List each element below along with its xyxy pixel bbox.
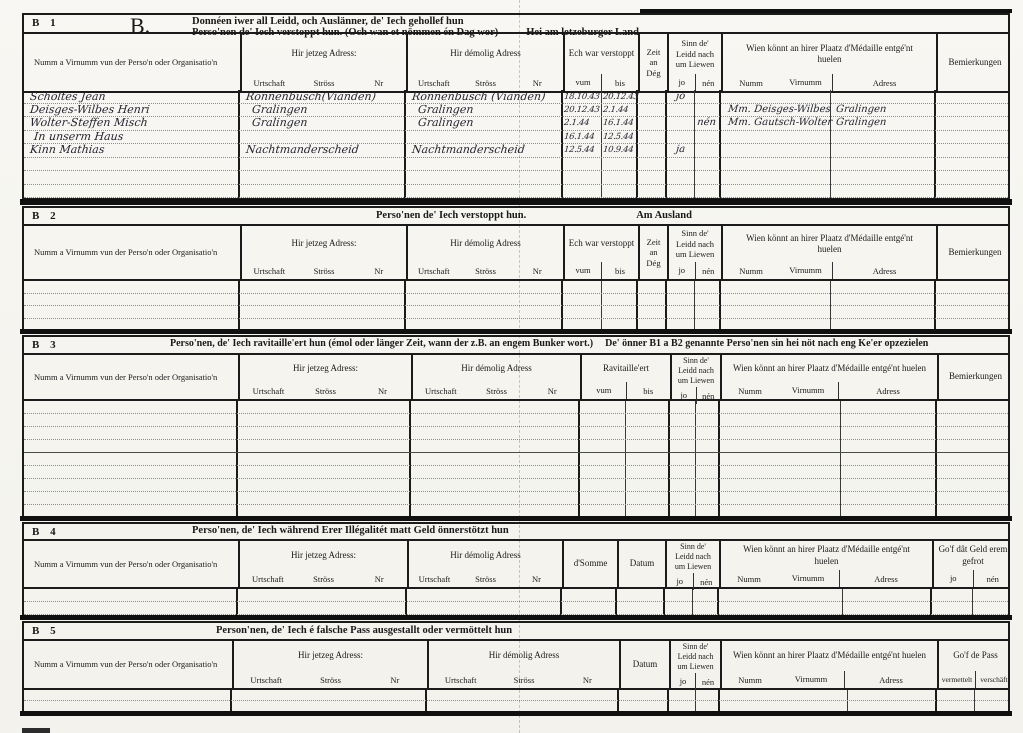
b5-col-jetzeg: Hir jetzeg Adress: UrtschaftStrössNr	[232, 641, 427, 688]
section-b4-title: Perso'nen, de' Iech während Erer Illégal…	[192, 525, 509, 536]
b3-med-adress: Adress	[839, 386, 937, 396]
b3-jetzeg-subs: UrtschaftStrössNr	[240, 382, 411, 399]
b5-alive-subs: jonén	[671, 673, 720, 690]
section-b2: B 2 Perso'nen de' Iech verstoppt hun.Am …	[22, 206, 1010, 331]
section-b3-header: Numm a Virnumm vun der Perso'n oder Orga…	[24, 355, 1008, 401]
fold-line	[519, 0, 520, 733]
b4-col-gof: Go'f dât Geld erem gefrot jonén	[932, 541, 1012, 587]
b5-col-demolig-label: Hir démolig Adress	[429, 641, 619, 671]
separator-bar-5	[20, 711, 1012, 716]
section-b5-body	[24, 690, 1008, 711]
ruled-line	[24, 601, 1008, 602]
entry-med-name: Mm. Gautsch-Wolter	[727, 116, 833, 130]
b3-med-numm: Numm	[722, 386, 778, 396]
b3-demolig-nr: Nr	[524, 386, 580, 396]
b1-entry-row: Wolter-Steffen Misch Gralingen Gralingen…	[24, 116, 1008, 130]
b5-demolig-nr: Nr	[556, 675, 619, 685]
b1-jetzeg-stross: Ströss	[297, 78, 352, 88]
b4-jetzeg-subs: UrtschaftStrössNr	[240, 570, 407, 587]
b4-med-adress: Adress	[840, 574, 932, 584]
b4-col-gof-label: Go'f dât Geld erem gefrot	[935, 541, 1011, 570]
b3-col-alive: Sinn de' Leidd nach um Liewen jonén	[670, 355, 720, 399]
separator-bar-4	[20, 615, 1012, 620]
b4-med-numm: Numm	[721, 574, 777, 584]
b3-demolig-stross: Ströss	[469, 386, 525, 396]
separator-bar-1	[20, 199, 1012, 205]
b1-alive-jo: jo	[669, 74, 696, 91]
b4-col-name: Numm a Virnumm vun der Perso'n oder Orga…	[24, 541, 238, 587]
b4-demolig-stross: Ströss	[460, 574, 511, 584]
b1-col-medaille-label: Wien könnt an hirer Plaatz d'Médaille en…	[732, 34, 928, 74]
entry-jetzeg: Nachtmanderscheid	[245, 143, 359, 157]
section-b5-header: Numm a Virnumm vun der Perso'n oder Orga…	[24, 641, 1008, 690]
ruled-line	[24, 130, 1008, 131]
ruled-line	[24, 293, 1008, 294]
scanned-form-page: B 1 B. Donnéen iwer all Leidd, och Auslä…	[0, 0, 1023, 733]
b5-demolig-subs: UrtschaftStrössNr	[429, 671, 619, 688]
ruled-line	[24, 184, 1008, 185]
b4-col-medaille-label: Wien könnt an hirer Plaatz d'Médaille en…	[728, 541, 926, 570]
b5-col-datum-label: Datum	[621, 641, 669, 688]
b4-alive-nen: nén	[694, 577, 720, 587]
b1-col-jetzeg: Hir jetzeg Adress: UrtschaftStrössNr	[240, 34, 406, 91]
entry-nen: nén	[693, 116, 719, 130]
ruled-line	[24, 426, 1008, 427]
b4-col-demolig: Hir démolig Adress UrtschaftStrössNr	[407, 541, 562, 587]
section-b2-label: B 2	[32, 210, 60, 222]
section-b4: B 4 Perso'nen, de' Iech während Erer Ill…	[22, 522, 1010, 617]
section-b1-header: Numm a Virnumm vun der Perso'n oder Orga…	[24, 34, 1008, 93]
entry-demolig: Nachtmanderscheid	[411, 143, 525, 157]
b2-col-remarks: Bemierkungen	[936, 226, 1012, 279]
b1-col-demolig-label: Hir démolig Adress	[408, 34, 563, 74]
b4-jetzeg-urtschaft: Urtschaft	[240, 574, 296, 584]
b1-entry-row: Kinn Mathias Nachtmanderscheid Nachtmand…	[24, 143, 1008, 157]
b2-col-name-label: Numm a Virnumm vun der Perso'n oder Orga…	[24, 226, 240, 279]
b1-col-jetzeg-label: Hir jetzeg Adress:	[242, 34, 406, 74]
entry-name: Wolter-Steffen Misch	[29, 116, 148, 130]
section-b4-title-row: B 4 Perso'nen, de' Iech während Erer Ill…	[24, 524, 1008, 541]
b4-demolig-urtschaft: Urtschaft	[409, 574, 460, 584]
b2-period-bis: bis	[602, 266, 638, 276]
ruled-line	[24, 413, 1008, 414]
b5-jetzeg-subs: UrtschaftStrössNr	[234, 671, 427, 688]
section-b4-underline	[24, 539, 124, 540]
b2-jetzeg-urtschaft: Urtschaft	[242, 266, 297, 276]
b2-demolig-urtschaft: Urtschaft	[408, 266, 460, 276]
section-b3-underline	[24, 353, 124, 354]
b4-jetzeg-nr: Nr	[351, 574, 407, 584]
entry-bis: 10.9.44	[602, 143, 636, 157]
b3-period-bis: bis	[627, 386, 671, 396]
top-edge-bar	[640, 9, 1012, 13]
b5-demolig-urtschaft: Urtschaft	[429, 675, 492, 685]
b1-alive-subs: jonén	[669, 74, 721, 91]
b1-col-alive-label: Sinn de' Leidd nach um Liewen	[669, 34, 721, 74]
b1-alive-nen: nén	[696, 78, 722, 88]
b3-jetzeg-urtschaft: Urtschaft	[240, 386, 297, 396]
b1-col-name-label: Numm a Virnumm vun der Perso'n oder Orga…	[24, 34, 240, 91]
ruled-line	[24, 452, 1008, 453]
b3-col-demolig: Hir démolig Adress UrtschaftStrössNr	[411, 355, 580, 399]
b1-col-name: Numm a Virnumm vun der Perso'n oder Orga…	[24, 34, 240, 91]
b3-col-medaille: Wien könnt an hirer Plaatz d'Médaille en…	[720, 355, 937, 399]
b3-medaille-subs: NummVirnummAdress	[722, 382, 937, 399]
entry-demolig: Gralingen	[417, 103, 474, 117]
ruled-line	[24, 197, 1008, 198]
b5-col-demolig: Hir démolig Adress UrtschaftStrössNr	[427, 641, 619, 688]
section-b5-label: B 5	[32, 625, 60, 637]
b5-jetzeg-stross: Ströss	[298, 675, 362, 685]
ruled-line	[24, 465, 1008, 466]
b3-alive-nen: nén	[697, 391, 721, 401]
entry-jetzeg: Gralingen	[251, 103, 308, 117]
entry-med-adress: Gralingen	[835, 116, 887, 130]
b2-col-demolig-label: Hir démolig Adress	[408, 226, 563, 262]
b4-col-datum-label: Datum	[619, 541, 665, 587]
b1-demolig-urtschaft: Urtschaft	[408, 78, 460, 88]
section-b1-title-row: B 1 B. Donnéen iwer all Leidd, och Auslä…	[24, 15, 1008, 34]
b3-demolig-subs: UrtschaftStrössNr	[413, 382, 580, 399]
b5-col-medaille: Wien könnt an hirer Plaatz d'Médaille en…	[720, 641, 937, 688]
b3-col-period: Ravitaille'ert vumbis	[580, 355, 670, 399]
b5-col-medaille-label: Wien könnt an hirer Plaatz d'Médaille en…	[730, 641, 929, 671]
section-b3-body	[24, 401, 1008, 516]
b5-jetzeg-urtschaft: Urtschaft	[234, 675, 298, 685]
entry-bis: 2.1.44	[602, 103, 636, 117]
b3-title-line1: Perso'nen, de' Iech ravitaille'ert hun (…	[170, 338, 593, 349]
b4-jetzeg-stross: Ströss	[296, 574, 352, 584]
section-b4-header: Numm a Virnumm vun der Perso'n oder Orga…	[24, 541, 1008, 589]
ruled-line	[24, 143, 1008, 144]
section-b2-body	[24, 281, 1008, 329]
b2-medaille-subs: NummVirnummAdress	[723, 262, 936, 279]
b4-col-somme: d'Somme	[562, 541, 617, 587]
entry-bis: 12.5.44	[602, 130, 636, 144]
b5-medaille-subs: NummVirnummAdress	[722, 671, 937, 688]
b2-col-name: Numm a Virnumm vun der Perso'n oder Orga…	[24, 226, 240, 279]
entry-name: Kinn Mathias	[29, 143, 105, 157]
b2-col-period: Ech war verstoppt vumbis	[563, 226, 638, 279]
entry-jo: ja	[666, 143, 694, 157]
b4-demolig-subs: UrtschaftStrössNr	[409, 570, 562, 587]
b5-col-alive-label: Sinn de' Leidd nach um Liewen	[671, 641, 720, 673]
b2-jetzeg-subs: UrtschaftStrössNr	[242, 262, 406, 279]
b1-med-virnumm: Virnumm	[779, 74, 833, 91]
section-b4-label: B 4	[32, 526, 60, 538]
section-b3-label: B 3	[32, 339, 60, 351]
b2-title-line1: Perso'nen de' Iech verstoppt hun.	[376, 210, 526, 221]
separator-bar-2	[20, 329, 1012, 334]
b1-demolig-subs: UrtschaftStrössNr	[408, 74, 563, 91]
b4-title-line1: Perso'nen, de' Iech während Erer Illégal…	[192, 525, 509, 536]
b2-col-jetzeg: Hir jetzeg Adress: UrtschaftStrössNr	[240, 226, 406, 279]
b2-jetzeg-stross: Ströss	[297, 266, 352, 276]
b2-period-vum: vum	[565, 262, 602, 279]
b2-title-suffix: Am Ausland	[636, 210, 692, 221]
b2-col-alive: Sinn de' Leidd nach um Liewen jonén	[667, 226, 721, 279]
b1-jetzeg-urtschaft: Urtschaft	[242, 78, 297, 88]
b3-period-vum: vum	[582, 382, 627, 399]
b2-demolig-stross: Ströss	[460, 266, 512, 276]
b5-col-datum: Datum	[619, 641, 669, 688]
b1-title-line1: Donnéen iwer all Leidd, och Auslänner, d…	[192, 16, 639, 27]
b5-alive-nen: nén	[696, 677, 720, 687]
entry-vum: 16.1.44	[563, 130, 601, 144]
ruled-line	[24, 318, 1008, 319]
b5-gof-subs: vermetteltverschäft	[939, 671, 1012, 688]
b3-jetzeg-stross: Ströss	[297, 386, 354, 396]
section-b3-title-row: B 3 Perso'nen, de' Iech ravitaille'ert h…	[24, 337, 1008, 355]
b3-col-period-label: Ravitaille'ert	[582, 355, 670, 382]
section-b5-title-row: B 5 Person'nen, de' Iech é falsche Pass …	[24, 623, 1008, 641]
b3-col-medaille-label: Wien könnt an hirer Plaatz d'Médaille en…	[730, 355, 929, 382]
b1-medaille-subs: NummVirnummAdress	[723, 74, 936, 91]
entry-demolig: Gralingen	[417, 116, 474, 130]
b4-col-datum: Datum	[617, 541, 665, 587]
b1-med-numm: Numm	[723, 78, 779, 88]
b2-alive-subs: jonén	[669, 262, 721, 279]
b2-jetzeg-nr: Nr	[351, 266, 406, 276]
entry-vum: 20.12.43	[563, 103, 601, 117]
b4-col-alive-label: Sinn de' Leidd nach um Liewen	[667, 541, 719, 573]
section-b4-body	[24, 589, 1008, 615]
entry-bis: 16.1.44	[602, 116, 636, 130]
b2-demolig-subs: UrtschaftStrössNr	[408, 262, 563, 279]
b5-jetzeg-nr: Nr	[363, 675, 427, 685]
b3-period-subs: vumbis	[582, 382, 670, 399]
separator-bar-3	[20, 516, 1012, 521]
b1-col-remarks: Bemierkungen	[936, 34, 1012, 91]
b3-col-name: Numm a Virnumm vun der Perso'n oder Orga…	[24, 355, 238, 399]
b3-col-jetzeg: Hir jetzeg Adress: UrtschaftStrössNr	[238, 355, 411, 399]
b4-alive-subs: jonén	[667, 573, 719, 590]
b4-alive-jo: jo	[667, 573, 694, 590]
b2-col-remarks-label: Bemierkungen	[938, 226, 1012, 279]
b5-alive-jo: jo	[671, 673, 696, 690]
b4-gof-jo: jo	[934, 570, 974, 587]
b3-col-demolig-label: Hir démolig Adress	[413, 355, 580, 382]
b3-col-remarks-label: Bemierkungen	[939, 355, 1012, 399]
b2-col-jetzeg-label: Hir jetzeg Adress:	[242, 226, 406, 262]
b4-col-somme-label: d'Somme	[564, 541, 617, 587]
b1-col-zeit-label: Zeit an Dég	[640, 34, 667, 91]
ruled-line	[24, 103, 1008, 104]
b2-med-virnumm: Virnumm	[779, 262, 833, 279]
section-b1: B 1 B. Donnéen iwer all Leidd, och Auslä…	[22, 13, 1010, 200]
b2-col-medaille-label: Wien könnt an hirer Plaatz d'Médaille en…	[732, 226, 928, 262]
section-b1-body: Scholtes Jean Ronnenbusch(Vianden) Ronne…	[24, 90, 1008, 198]
b2-med-numm: Numm	[723, 266, 779, 276]
b1-jetzeg-nr: Nr	[351, 78, 406, 88]
section-b3-title: Perso'nen, de' Iech ravitaille'ert hun (…	[170, 339, 928, 350]
b3-med-virnumm: Virnumm	[778, 382, 839, 399]
b4-gof-subs: jonén	[934, 570, 1012, 587]
b1-period-bis: bis	[602, 78, 638, 88]
b2-alive-nen: nén	[696, 266, 722, 276]
ruled-line	[24, 439, 1008, 440]
ruled-line	[24, 478, 1008, 479]
entry-vum: 2.1.44	[563, 116, 601, 130]
b3-demolig-urtschaft: Urtschaft	[413, 386, 469, 396]
b2-col-zeit-label: Zeit an Dég	[640, 226, 667, 279]
ruled-line	[24, 305, 1008, 306]
b2-med-adress: Adress	[833, 266, 936, 276]
section-b3: B 3 Perso'nen, de' Iech ravitaille'ert h…	[22, 335, 1010, 518]
b1-col-alive: Sinn de' Leidd nach um Liewen jonén	[667, 34, 721, 91]
b1-col-period: Ech war verstoppt vumbis	[563, 34, 638, 91]
b2-period-subs: vumbis	[565, 262, 638, 279]
ruled-line	[24, 116, 1008, 117]
b3-title-suffix: De' önner B1 a B2 genannte Perso'nen sin…	[605, 338, 928, 349]
b2-alive-jo: jo	[669, 262, 696, 279]
ruled-line	[24, 504, 1008, 505]
section-b1-underline	[24, 32, 176, 33]
section-b5-underline	[24, 639, 124, 640]
b5-title-line1: Person'nen, de' Iech é falsche Pass ausg…	[216, 625, 512, 636]
entry-med-adress: Gralingen	[835, 103, 887, 117]
b1-jetzeg-subs: UrtschaftStrössNr	[242, 74, 406, 91]
entry-med-name: Mm. Deisges-Wilbes	[727, 103, 831, 117]
entry-name: Deisges-Wilbes Henri	[29, 103, 150, 117]
b4-gof-nen: nén	[974, 574, 1013, 584]
b5-gof-vermettelt: vermettelt	[939, 671, 976, 688]
b2-col-period-label: Ech war verstoppt	[565, 226, 638, 262]
ruled-line	[24, 700, 1008, 701]
section-b5-title: Person'nen, de' Iech é falsche Pass ausg…	[216, 625, 512, 636]
b4-med-virnumm: Virnumm	[777, 570, 840, 587]
b1-col-demolig: Hir démolig Adress UrtschaftStrössNr	[406, 34, 563, 91]
entry-name: In unserm Haus	[33, 130, 124, 144]
b5-col-name-label: Numm a Virnumm vun der Perso'n oder Orga…	[24, 641, 232, 688]
b5-col-gof: Go'f de Pass vermetteltverschäft	[937, 641, 1012, 688]
b5-med-numm: Numm	[722, 675, 778, 685]
section-b2-underline	[24, 224, 124, 225]
b3-col-name-label: Numm a Virnumm vun der Perso'n oder Orga…	[24, 355, 238, 399]
b4-col-demolig-label: Hir démolig Adress	[409, 541, 562, 570]
b1-entry-row: In unserm Haus 16.1.44 12.5.44	[24, 130, 1008, 144]
section-b1-label: B 1	[32, 17, 60, 29]
b4-col-jetzeg: Hir jetzeg Adress: UrtschaftStrössNr	[238, 541, 407, 587]
b4-col-medaille: Wien könnt an hirer Plaatz d'Médaille en…	[719, 541, 932, 587]
b1-med-adress: Adress	[833, 78, 936, 88]
b4-medaille-subs: NummVirnummAdress	[721, 570, 932, 587]
section-b2-title: Perso'nen de' Iech verstoppt hun.Am Ausl…	[376, 210, 692, 221]
b3-col-jetzeg-label: Hir jetzeg Adress:	[240, 355, 411, 382]
b5-gof-verschaft: verschäft	[976, 675, 1012, 684]
b3-col-remarks: Bemierkungen	[937, 355, 1012, 399]
b5-demolig-stross: Ströss	[492, 675, 555, 685]
b1-col-zeit: Zeit an Dég	[638, 34, 667, 91]
ruled-line	[24, 491, 1008, 492]
b5-col-name: Numm a Virnumm vun der Perso'n oder Orga…	[24, 641, 232, 688]
b4-col-alive: Sinn de' Leidd nach um Liewen jonén	[665, 541, 719, 587]
b2-col-medaille: Wien könnt an hirer Plaatz d'Médaille en…	[721, 226, 936, 279]
b2-col-demolig: Hir démolig Adress UrtschaftStrössNr	[406, 226, 563, 279]
b4-col-jetzeg-label: Hir jetzeg Adress:	[240, 541, 407, 570]
b5-col-alive: Sinn de' Leidd nach um Liewen jonén	[669, 641, 720, 688]
b1-col-medaille: Wien könnt an hirer Plaatz d'Médaille en…	[721, 34, 936, 91]
b1-entry-row: Deisges-Wilbes Henri Gralingen Gralingen…	[24, 103, 1008, 117]
b1-period-subs: vumbis	[565, 74, 638, 91]
ruled-line	[24, 170, 1008, 171]
b5-col-gof-label: Go'f de Pass	[939, 641, 1012, 671]
b5-med-virnumm: Virnumm	[778, 671, 845, 688]
section-b5: B 5 Person'nen, de' Iech é falsche Pass …	[22, 621, 1010, 713]
b2-col-alive-label: Sinn de' Leidd nach um Liewen	[669, 226, 721, 262]
entry-jetzeg: Gralingen	[251, 116, 308, 130]
section-b2-header: Numm a Virnumm vun der Perso'n oder Orga…	[24, 226, 1008, 281]
ruled-line	[24, 157, 1008, 158]
b1-col-period-label: Ech war verstoppt	[565, 34, 638, 74]
b2-col-zeit: Zeit an Dég	[638, 226, 667, 279]
section-b2-title-row: B 2 Perso'nen de' Iech verstoppt hun.Am …	[24, 208, 1008, 226]
b5-col-jetzeg-label: Hir jetzeg Adress:	[234, 641, 427, 671]
entry-vum: 12.5.44	[563, 143, 601, 157]
b1-period-vum: vum	[565, 74, 602, 91]
next-section-edge-mark	[22, 728, 50, 733]
b1-col-remarks-label: Bemierkungen	[938, 34, 1012, 91]
b1-demolig-stross: Ströss	[460, 78, 512, 88]
b4-col-name-label: Numm a Virnumm vun der Perso'n oder Orga…	[24, 541, 238, 587]
b3-jetzeg-nr: Nr	[354, 386, 411, 396]
b3-col-alive-label: Sinn de' Leidd nach um Liewen	[672, 355, 720, 387]
b5-med-adress: Adress	[845, 675, 937, 685]
